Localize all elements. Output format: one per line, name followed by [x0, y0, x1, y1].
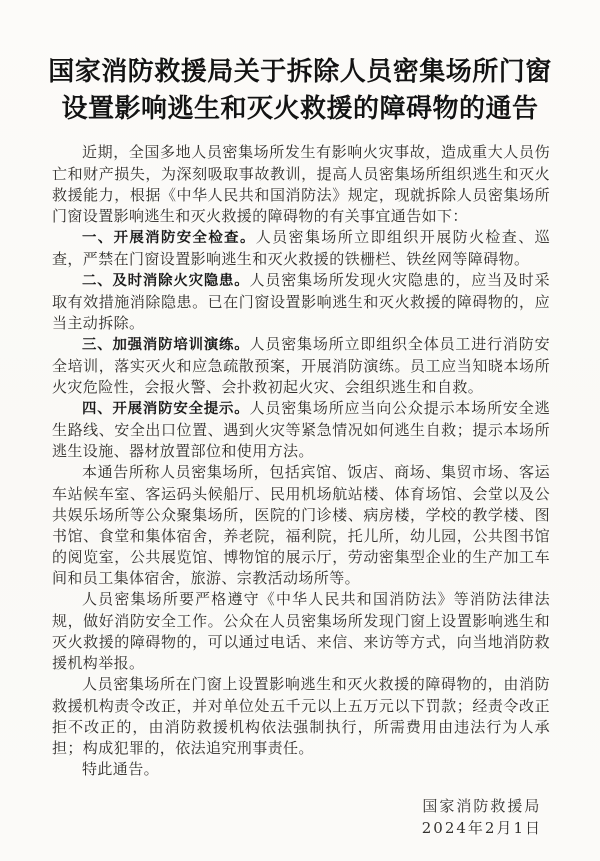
- signature-block: 国家消防救援局 2024年2月1日: [422, 795, 542, 839]
- paragraph-intro-text: 近期，全国多地人员密集场所发生有影响火灾事故，造成重大人员伤亡和财产损失，为深刻…: [52, 143, 550, 225]
- paragraph-compliance: 人员密集场所要严格遵守《中华人民共和国消防法》等消防法律法规，做好消防安全工作。…: [52, 589, 550, 674]
- paragraph-closing-text: 特此通告。: [82, 760, 159, 778]
- signature-organization: 国家消防救援局: [422, 795, 542, 817]
- notice-title-line2: 设置影响逃生和灭火救援的障碍物的通告: [40, 91, 560, 128]
- paragraph-item-1: 一、开展消防安全检查。人员密集场所立即组织开展防火检查、巡查，严禁在门窗设置影响…: [52, 227, 550, 270]
- paragraph-item-3-lead: 三、加强消防培训演练。: [82, 337, 250, 353]
- paragraph-item-2: 二、及时消除火灾隐患。人员密集场所发现火灾隐患的，应当及时采取有效措施消除隐患。…: [52, 270, 550, 334]
- notice-document-page: 国家消防救援局关于拆除人员密集场所门窗 设置影响逃生和灭火救援的障碍物的通告 近…: [0, 0, 600, 861]
- paragraph-compliance-text: 人员密集场所要严格遵守《中华人民共和国消防法》等消防法律法规，做好消防安全工作。…: [52, 590, 550, 672]
- paragraph-item-4-lead: 四、开展消防安全提示。: [82, 401, 250, 417]
- paragraph-scope-text: 本通告所称人员密集场所，包括宾馆、饭店、商场、集贸市场、客运车站候车室、客运码头…: [52, 463, 550, 587]
- notice-title-line1: 国家消防救援局关于拆除人员密集场所门窗: [40, 54, 560, 91]
- paragraph-closing: 特此通告。: [52, 759, 550, 781]
- paragraph-item-1-lead: 一、开展消防安全检查。: [82, 230, 256, 246]
- notice-title: 国家消防救援局关于拆除人员密集场所门窗 设置影响逃生和灭火救援的障碍物的通告: [40, 54, 560, 128]
- signature-date: 2024年2月1日: [422, 817, 542, 839]
- paragraph-item-4: 四、开展消防安全提示。人员密集场所应当向公众提示本场所安全逃生路线、安全出口位置…: [52, 398, 550, 462]
- paragraph-scope: 本通告所称人员密集场所，包括宾馆、饭店、商场、集贸市场、客运车站候车室、客运码头…: [52, 462, 550, 589]
- paragraph-intro: 近期，全国多地人员密集场所发生有影响火灾事故，造成重大人员伤亡和财产损失，为深刻…: [52, 142, 550, 227]
- paragraph-penalty: 人员密集场所在门窗上设置影响逃生和灭火救援的障碍物的，由消防救援机构责令改正，并…: [52, 674, 550, 759]
- notice-body: 近期，全国多地人员密集场所发生有影响火灾事故，造成重大人员伤亡和财产损失，为深刻…: [52, 142, 550, 781]
- paragraph-item-2-lead: 二、及时消除火灾隐患。: [82, 273, 250, 289]
- paragraph-penalty-text: 人员密集场所在门窗上设置影响逃生和灭火救援的障碍物的，由消防救援机构责令改正，并…: [52, 675, 550, 757]
- paragraph-item-3: 三、加强消防培训演练。人员密集场所立即组织全体员工进行消防安全培训，落实灭火和应…: [52, 334, 550, 398]
